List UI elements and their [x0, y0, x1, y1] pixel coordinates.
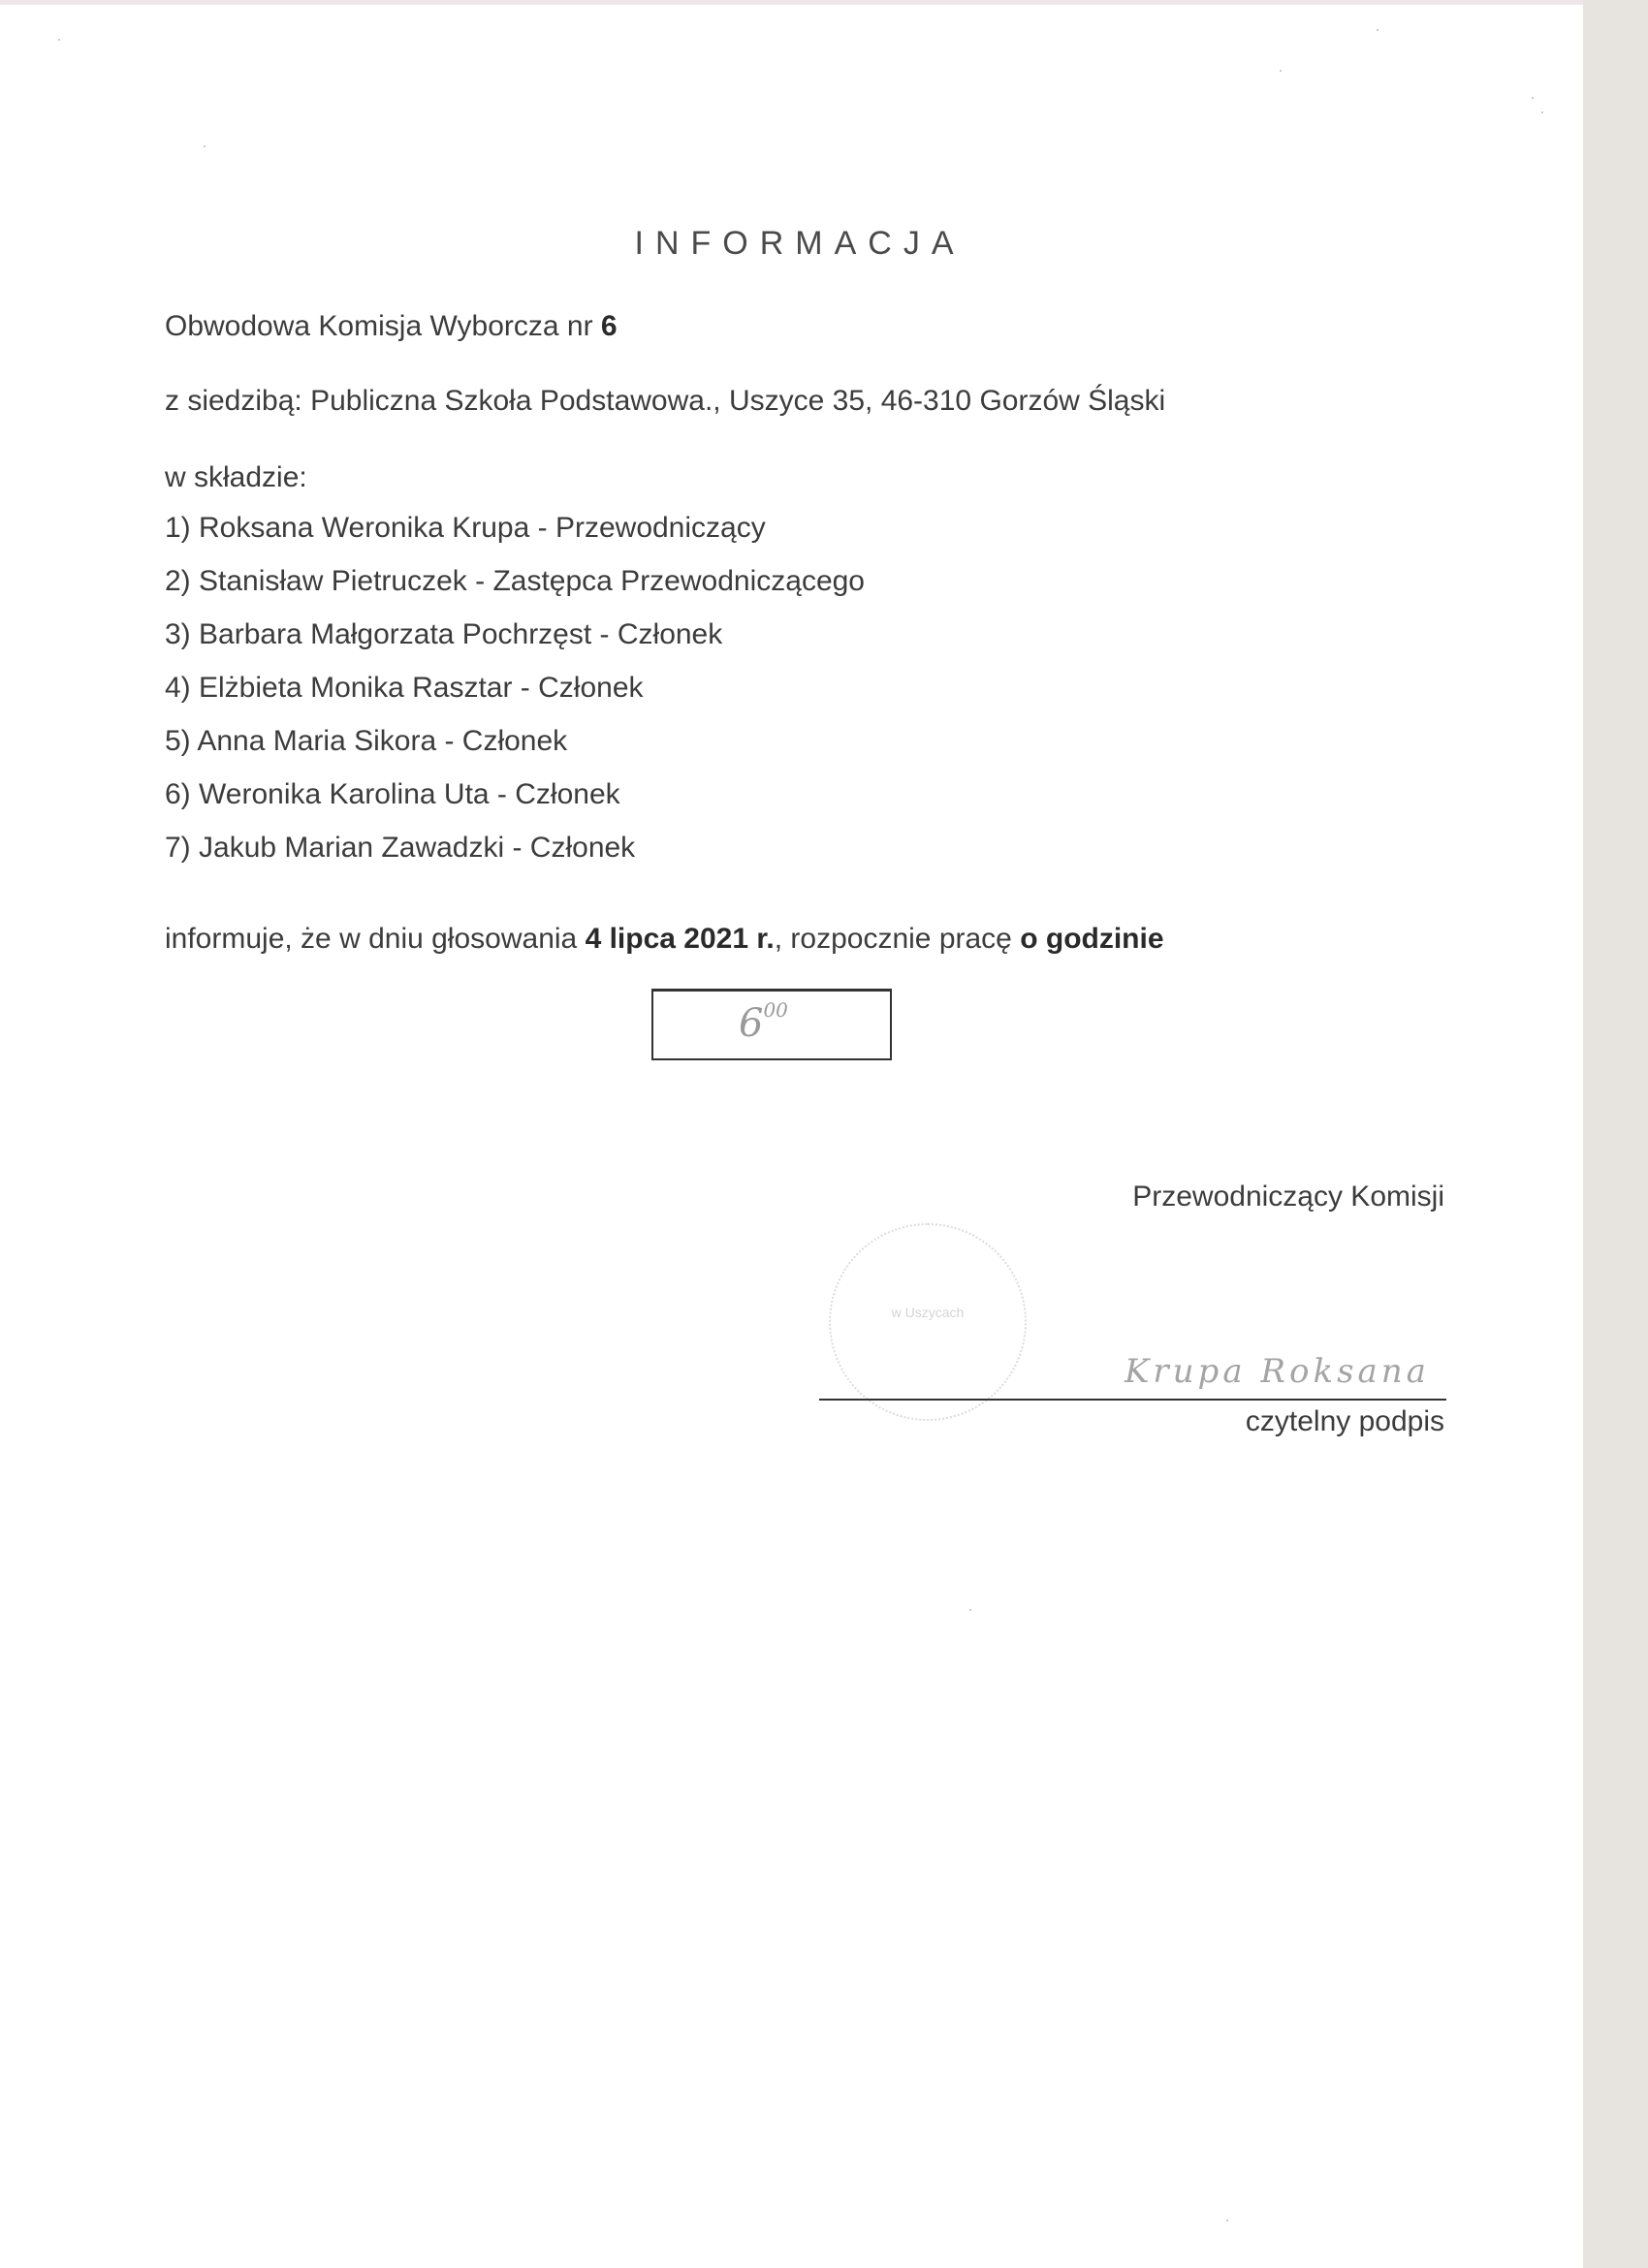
- document-title: INFORMACJA: [0, 225, 1619, 263]
- scan-right-edge: [1583, 0, 1648, 2268]
- member-item: 3) Barbara Małgorzata Pochrzęst - Człone…: [165, 618, 722, 651]
- commission-number: 6: [601, 310, 618, 342]
- chair-label: Przewodniczący Komisji: [1132, 1181, 1444, 1213]
- member-item: 4) Elżbieta Monika Rasztar - Członek: [165, 672, 644, 705]
- signature-line: [819, 1399, 1446, 1401]
- start-time-handwritten: 600: [739, 1001, 788, 1046]
- info-part-1: informuje, że w dniu głosowania: [165, 923, 586, 955]
- start-time-box: 600: [651, 989, 892, 1060]
- commission-line: Obwodowa Komisja Wyborcza nr 6: [165, 310, 618, 343]
- composition-label: w składzie:: [165, 461, 307, 494]
- scan-speck: [1226, 2220, 1228, 2221]
- scan-speck: [1377, 29, 1379, 31]
- scan-speck: [204, 145, 206, 147]
- member-item: 5) Anna Maria Sikora - Członek: [165, 725, 567, 758]
- info-part-3: o godzinie: [1020, 923, 1163, 955]
- scan-top-edge: [0, 0, 1583, 5]
- info-sentence: informuje, że w dniu głosowania 4 lipca …: [165, 923, 1164, 956]
- scan-speck: [969, 1609, 971, 1611]
- seat-line: z siedzibą: Publiczna Szkoła Podstawowa.…: [165, 385, 1165, 418]
- handwritten-signature: Krupa Roksana: [1125, 1352, 1430, 1391]
- scan-speck: [1541, 111, 1543, 113]
- commission-prefix: Obwodowa Komisja Wyborcza nr: [165, 310, 601, 342]
- start-hour: 6: [739, 1001, 763, 1046]
- official-stamp: w Uszycach: [829, 1223, 1027, 1421]
- signature-caption: czytelny podpis: [1246, 1405, 1444, 1438]
- member-item: 7) Jakub Marian Zawadzki - Członek: [165, 832, 635, 865]
- info-part-2: , rozpocznie pracę: [775, 923, 1020, 955]
- stamp-text: w Uszycach: [831, 1305, 1025, 1320]
- scan-speck: [58, 39, 60, 41]
- member-item: 2) Stanisław Pietruczek - Zastępca Przew…: [165, 565, 865, 598]
- member-item: 6) Weronika Karolina Uta - Członek: [165, 778, 620, 811]
- start-minutes: 00: [763, 998, 787, 1022]
- voting-date: 4 lipca 2021 r.: [586, 923, 775, 955]
- member-item: 1) Roksana Weronika Krupa - Przewodniczą…: [165, 512, 766, 545]
- scan-speck: [1280, 70, 1282, 72]
- scan-speck: [1532, 97, 1534, 99]
